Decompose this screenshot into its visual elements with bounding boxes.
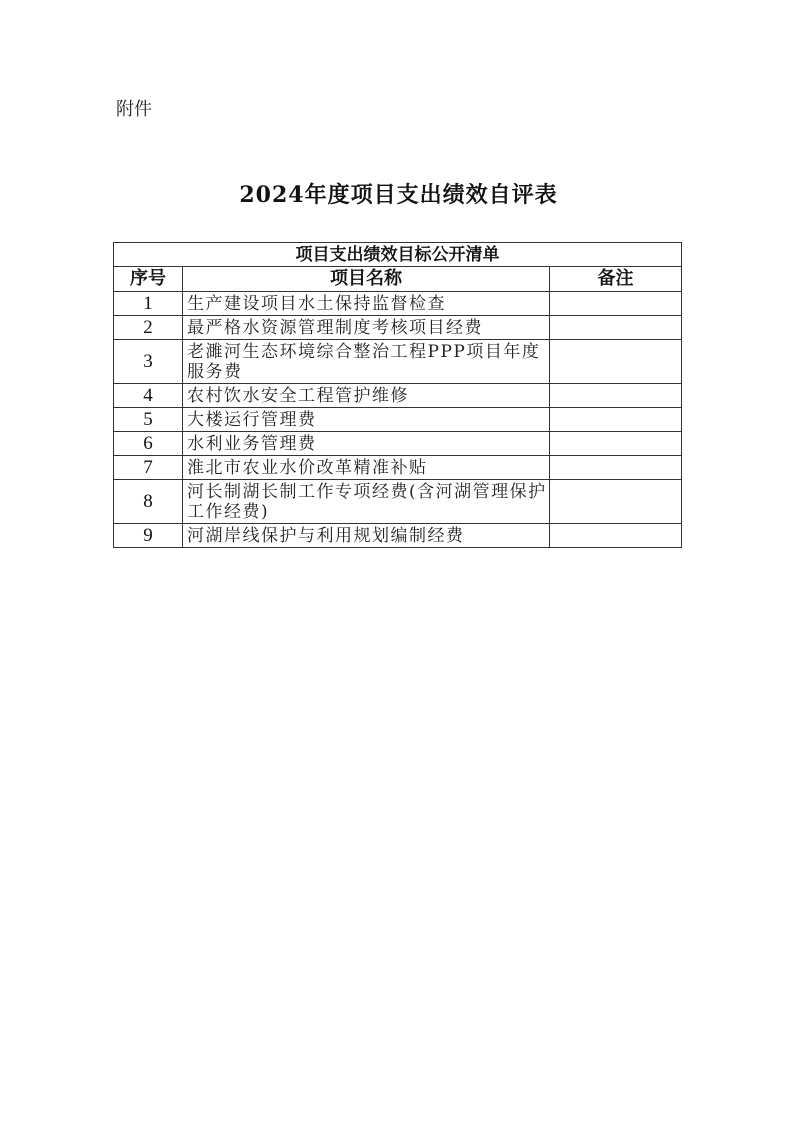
row-number: 6 (114, 432, 183, 456)
row-note (550, 292, 682, 316)
column-header-name: 项目名称 (183, 267, 550, 292)
table-row: 5 大楼运行管理费 (114, 408, 682, 432)
project-name: 河长制湖长制工作专项经费(含河湖管理保护工作经费) (183, 480, 550, 524)
table-row: 9 河湖岸线保护与利用规划编制经费 (114, 524, 682, 548)
document-title: 2024年度项目支出绩效自评表 (0, 178, 793, 209)
table-row: 8 河长制湖长制工作专项经费(含河湖管理保护工作经费) (114, 480, 682, 524)
row-note (550, 432, 682, 456)
project-name: 老濉河生态环境综合整治工程PPP项目年度服务费 (183, 340, 550, 384)
row-note (550, 384, 682, 408)
row-note (550, 316, 682, 340)
project-name: 农村饮水安全工程管护维修 (183, 384, 550, 408)
table-row: 4 农村饮水安全工程管护维修 (114, 384, 682, 408)
row-number: 5 (114, 408, 183, 432)
project-name: 河湖岸线保护与利用规划编制经费 (183, 524, 550, 548)
project-name: 淮北市农业水价改革精准补贴 (183, 456, 550, 480)
row-number: 3 (114, 340, 183, 384)
table-row: 2 最严格水资源管理制度考核项目经费 (114, 316, 682, 340)
row-number: 7 (114, 456, 183, 480)
project-name: 生产建设项目水土保持监督检查 (183, 292, 550, 316)
table-header-row: 序号 项目名称 备注 (114, 267, 682, 292)
row-number: 2 (114, 316, 183, 340)
table-row: 1 生产建设项目水土保持监督检查 (114, 292, 682, 316)
project-name: 大楼运行管理费 (183, 408, 550, 432)
row-number: 1 (114, 292, 183, 316)
column-header-no: 序号 (114, 267, 183, 292)
row-number: 9 (114, 524, 183, 548)
row-number: 4 (114, 384, 183, 408)
project-name: 最严格水资源管理制度考核项目经费 (183, 316, 550, 340)
row-note (550, 456, 682, 480)
table-row: 6 水利业务管理费 (114, 432, 682, 456)
table-caption-row: 项目支出绩效目标公开清单 (114, 243, 682, 267)
attachment-label: 附件 (116, 95, 152, 121)
row-number: 8 (114, 480, 183, 524)
row-note (550, 480, 682, 524)
row-note (550, 340, 682, 384)
table-caption: 项目支出绩效目标公开清单 (114, 243, 682, 267)
table-row: 3 老濉河生态环境综合整治工程PPP项目年度服务费 (114, 340, 682, 384)
project-list-table: 项目支出绩效目标公开清单 序号 项目名称 备注 1 生产建设项目水土保持监督检查… (113, 242, 682, 548)
project-name: 水利业务管理费 (183, 432, 550, 456)
row-note (550, 408, 682, 432)
column-header-note: 备注 (550, 267, 682, 292)
table-row: 7 淮北市农业水价改革精准补贴 (114, 456, 682, 480)
row-note (550, 524, 682, 548)
